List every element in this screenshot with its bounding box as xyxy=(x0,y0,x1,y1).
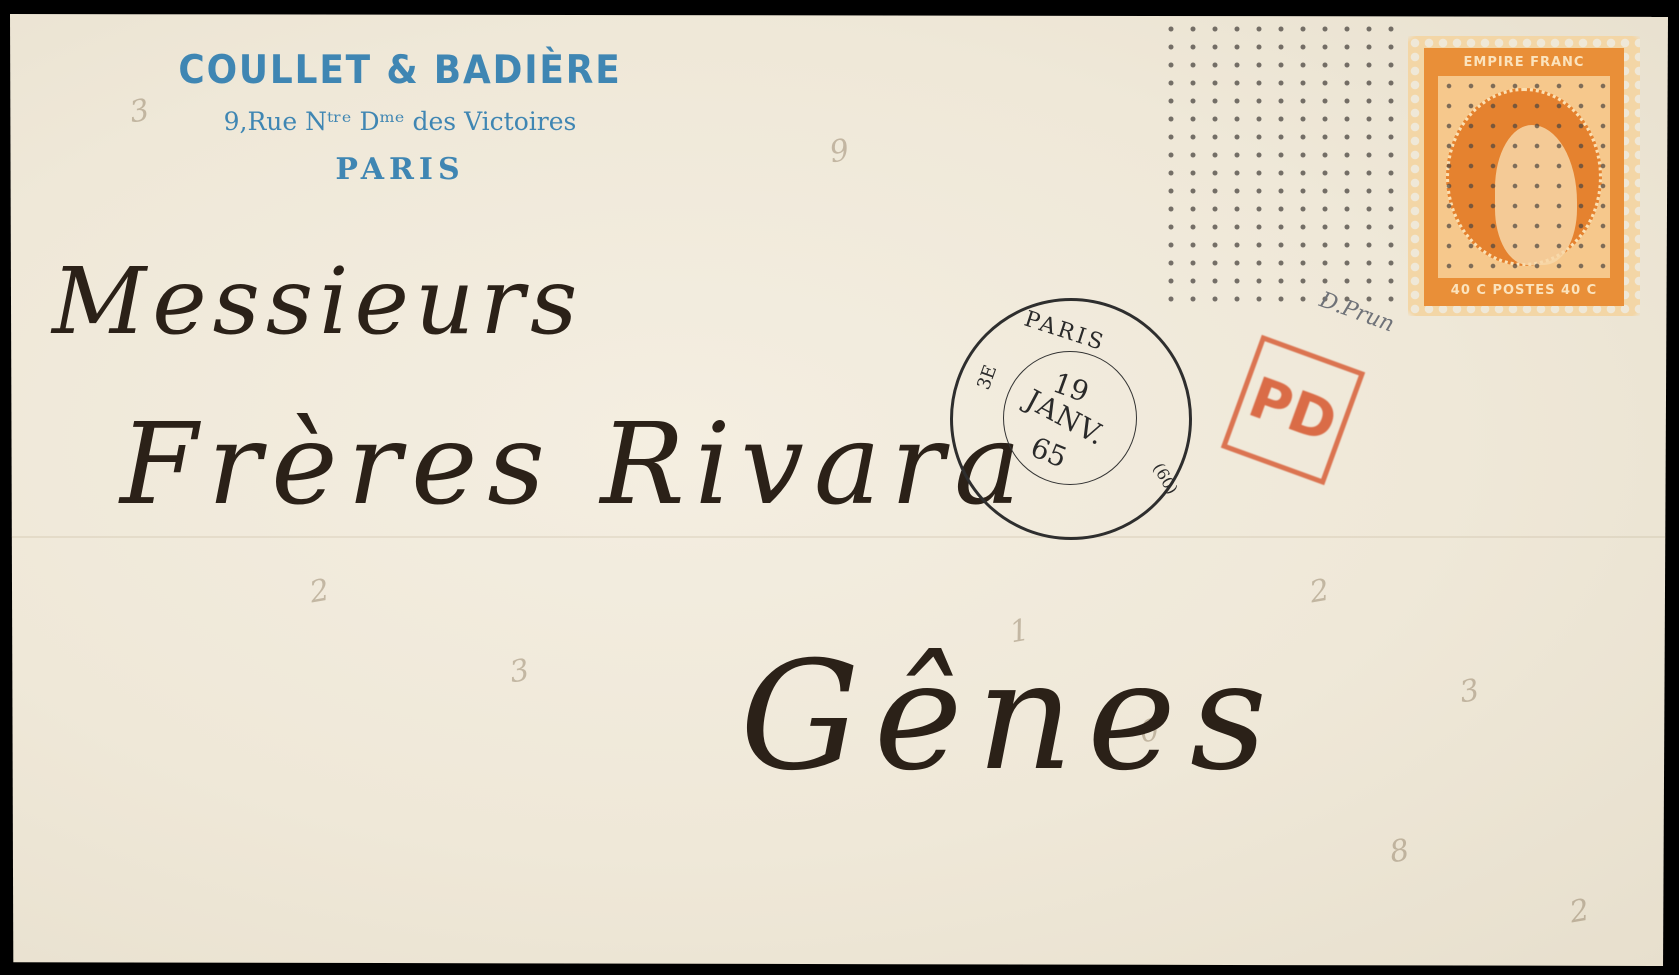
stamp-field xyxy=(1438,76,1610,278)
ghost-digit: 9 xyxy=(827,133,852,171)
address-salutation: Messieurs xyxy=(52,248,583,355)
firm-address: 9,Rue Nᵗʳᵉ Dᵐᵉ des Victoires xyxy=(140,107,660,136)
letterhead: COULLET & BADIÈRE 9,Rue Nᵗʳᵉ Dᵐᵉ des Vic… xyxy=(140,48,660,187)
stamp-cancel-dots xyxy=(1438,76,1610,278)
cancel-dots xyxy=(1160,20,1410,310)
ghost-digit: 2 xyxy=(307,573,332,611)
ghost-digit: 2 xyxy=(1567,893,1592,931)
address-recipient: Frères Rivara xyxy=(120,400,1031,530)
stamp-top-text: EMPIRE FRANC xyxy=(1424,52,1624,74)
ghost-digit: 8 xyxy=(1387,833,1412,871)
address-destination: Gênes xyxy=(740,630,1281,804)
postmark-left-marking: 3E xyxy=(973,362,1001,392)
paris-postmark: PARIS 19 JANV. 65 3E (60) xyxy=(950,298,1192,540)
stamp-bottom-text: 40 C POSTES 40 C xyxy=(1424,280,1624,302)
ghost-digit: 3 xyxy=(507,653,532,691)
ghost-digit: 3 xyxy=(1457,673,1482,711)
postmark-city: PARIS xyxy=(1021,307,1109,357)
firm-city: PARIS xyxy=(140,152,660,187)
firm-name: COULLET & BADIÈRE xyxy=(161,48,639,93)
stamp-design: EMPIRE FRANC 40 C POSTES 40 C xyxy=(1424,48,1624,306)
ghost-digit: 2 xyxy=(1307,573,1332,611)
